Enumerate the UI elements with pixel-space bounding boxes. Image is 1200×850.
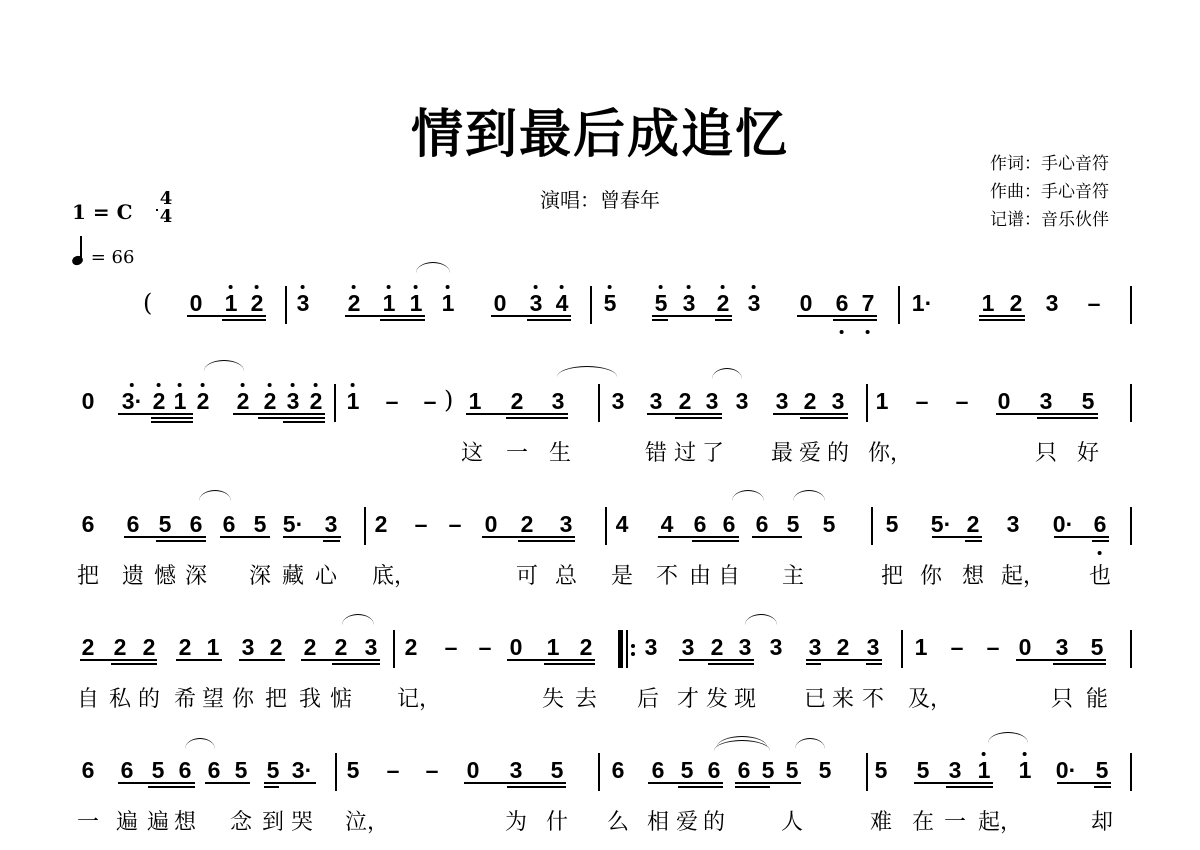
note: 2 xyxy=(153,388,166,414)
lyric-char: 遍 xyxy=(147,805,169,836)
lyric-char: 到 xyxy=(262,805,284,836)
lyric-char: 人 xyxy=(781,805,803,836)
note: 6 xyxy=(723,511,736,537)
note: 4 xyxy=(661,511,674,537)
lyric-char: 好 xyxy=(1077,436,1099,467)
bar-line xyxy=(1130,753,1132,791)
beam-underline xyxy=(806,663,821,665)
note: 2 xyxy=(711,634,724,660)
note: 2 xyxy=(837,634,850,660)
note: 3 xyxy=(683,290,696,316)
note: – xyxy=(387,757,400,783)
note: 3· xyxy=(292,757,312,783)
note: 3 xyxy=(1007,511,1020,537)
bar-line xyxy=(866,384,868,422)
note: 3 xyxy=(242,634,255,660)
quarter-note-icon xyxy=(71,254,84,266)
lyric-char: 可 xyxy=(516,559,538,590)
bar-line xyxy=(605,507,607,545)
note: 2 xyxy=(375,511,388,537)
lyric-char: 把 xyxy=(265,682,287,713)
note: 2 xyxy=(335,634,348,660)
beam-underline xyxy=(151,417,193,419)
note: 5· xyxy=(283,511,303,537)
note: 6 xyxy=(190,511,203,537)
note: 0 xyxy=(467,757,480,783)
note: 2 xyxy=(310,388,323,414)
note: 3· xyxy=(122,388,142,414)
lyric-char: 失 xyxy=(542,682,564,713)
bar-line xyxy=(1130,507,1132,545)
lyric-char: 希 xyxy=(174,682,196,713)
note: – xyxy=(424,388,437,414)
note: 5 xyxy=(551,757,564,783)
beam-underline xyxy=(996,413,1098,415)
note: 3 xyxy=(1040,388,1053,414)
note: 5 xyxy=(917,757,930,783)
octave-dot-above xyxy=(687,285,691,289)
beam-underline xyxy=(283,536,341,538)
note: 1 xyxy=(876,388,889,414)
beam-underline xyxy=(1094,786,1111,788)
beam-underline xyxy=(264,782,316,784)
note: – xyxy=(916,388,929,414)
note: 0 xyxy=(998,388,1011,414)
note: – xyxy=(415,511,428,537)
note: 3 xyxy=(736,388,749,414)
note: 2 xyxy=(304,634,317,660)
beam-underline xyxy=(652,315,732,317)
repeat-dots xyxy=(631,640,635,660)
note: 3 xyxy=(832,388,845,414)
note: 2 xyxy=(1010,290,1023,316)
note: 6 xyxy=(694,511,707,537)
lyric-char: 相 xyxy=(647,805,669,836)
lyric-char: 藏 xyxy=(282,559,304,590)
note: – xyxy=(386,388,399,414)
time-signature: 4 4 xyxy=(156,190,176,226)
lyric-char: 想 xyxy=(174,805,196,836)
octave-dot-above xyxy=(291,383,295,387)
octave-dot-above xyxy=(752,285,756,289)
note: 3 xyxy=(748,290,761,316)
transcriber: 记谱：音乐伙伴 xyxy=(990,206,1109,234)
lyric-char: 底， xyxy=(372,559,416,590)
note: 3 xyxy=(612,388,625,414)
lyric-char: 念 xyxy=(230,805,252,836)
lyric-char: 主 xyxy=(782,559,804,590)
note: 2 xyxy=(143,634,156,660)
note: 3 xyxy=(645,634,658,660)
note: 2 xyxy=(521,511,534,537)
beam-underline xyxy=(220,536,270,538)
beam-underline xyxy=(833,319,877,321)
note: 3 xyxy=(287,388,300,414)
lyric-char: 一 xyxy=(77,805,99,836)
lyric-char: 自 xyxy=(77,682,99,713)
lyric-char: 了 xyxy=(702,436,724,467)
lyric-char: 不 xyxy=(862,682,884,713)
note: 3 xyxy=(297,290,310,316)
beam-underline xyxy=(965,540,982,542)
beam-underline xyxy=(380,319,425,321)
note: 1 xyxy=(225,290,238,316)
beam-underline xyxy=(507,786,566,788)
beam-underline xyxy=(491,315,571,317)
octave-dot-above xyxy=(352,285,356,289)
note: 1 xyxy=(207,634,220,660)
note: 2 xyxy=(82,634,95,660)
beam-underline xyxy=(544,663,595,665)
lyric-char: 把 xyxy=(881,559,903,590)
beam-underline xyxy=(118,782,195,784)
note: 5 xyxy=(604,290,617,316)
lyric-char: 望 xyxy=(202,682,224,713)
beam-underline xyxy=(679,659,754,661)
bar-line xyxy=(598,384,600,422)
note: 0· xyxy=(1053,511,1073,537)
note: 4 xyxy=(616,511,629,537)
note: 1 xyxy=(383,290,396,316)
beam-underline xyxy=(156,540,206,542)
lyric-char: 却 xyxy=(1091,805,1113,836)
lyric-char: 的 xyxy=(703,805,725,836)
note: 3 xyxy=(552,388,565,414)
lyric-char: 惦 xyxy=(330,682,352,713)
beam-underline xyxy=(735,786,770,788)
note: 0 xyxy=(1019,634,1032,660)
bar-line xyxy=(590,286,592,324)
note: 3 xyxy=(776,388,789,414)
bar-line xyxy=(1130,384,1132,422)
credits: 作词：手心音符 作曲：手心音符 记谱：音乐伙伴 xyxy=(990,150,1109,234)
beam-underline xyxy=(735,782,801,784)
note: – xyxy=(1088,290,1101,316)
octave-dot-above xyxy=(659,285,663,289)
octave-dot-above xyxy=(241,383,245,387)
lyric-char: 一 xyxy=(944,805,966,836)
slur-arc xyxy=(988,732,1028,743)
beam-underline xyxy=(715,319,732,321)
note: 3 xyxy=(510,757,523,783)
lyric-char: 去 xyxy=(575,682,597,713)
note: 2 xyxy=(717,290,730,316)
lyric-char: 你 xyxy=(232,682,254,713)
lyric-char: 你， xyxy=(868,436,912,467)
beam-underline xyxy=(678,786,723,788)
note: 5 xyxy=(159,511,172,537)
note: 2 xyxy=(114,634,127,660)
time-signature-bottom: 4 xyxy=(156,208,176,226)
note: 2 xyxy=(679,388,692,414)
lyric-char: 最 xyxy=(771,436,793,467)
note: 1 xyxy=(915,634,928,660)
beam-underline xyxy=(258,417,325,419)
lyricist: 作词：手心音符 xyxy=(990,150,1109,178)
octave-dot-above xyxy=(268,383,272,387)
beam-underline xyxy=(283,421,325,423)
note: 1 xyxy=(174,388,187,414)
lyric-char: 的 xyxy=(827,436,849,467)
beam-underline xyxy=(124,536,206,538)
lyric-char: 爱 xyxy=(799,436,821,467)
note: 6 xyxy=(612,757,625,783)
lyric-char: 遍 xyxy=(116,805,138,836)
bracket: ) xyxy=(444,386,453,414)
octave-dot-above xyxy=(229,285,233,289)
slur-arc xyxy=(732,490,764,501)
note: 3 xyxy=(682,634,695,660)
slur-arc xyxy=(199,490,231,501)
octave-dot-above xyxy=(201,383,205,387)
note: 3 xyxy=(809,634,822,660)
lyric-char: 过 xyxy=(674,436,696,467)
note: 2 xyxy=(405,634,418,660)
note: – xyxy=(987,634,1000,660)
note: – xyxy=(449,511,462,537)
bar-line xyxy=(598,753,600,791)
beam-underline xyxy=(518,540,575,542)
lyric-char: 泣， xyxy=(345,805,389,836)
beam-underline xyxy=(692,540,739,542)
bar-line xyxy=(1130,630,1132,668)
note: 5 xyxy=(1091,634,1104,660)
lyric-char: 难 xyxy=(870,805,892,836)
bar-line xyxy=(898,286,900,324)
beam-underline xyxy=(332,663,380,665)
beam-underline xyxy=(800,417,848,419)
slur-arc xyxy=(557,366,617,377)
note: 5 xyxy=(267,757,280,783)
note: 3 xyxy=(770,634,783,660)
note: 6 xyxy=(127,511,140,537)
beam-underline xyxy=(239,659,285,661)
note: 2 xyxy=(237,388,250,414)
beam-underline xyxy=(946,786,993,788)
bar-line xyxy=(871,507,873,545)
beam-underline xyxy=(797,315,877,317)
note: 5 xyxy=(235,757,248,783)
octave-dot-below xyxy=(1098,551,1102,555)
lyric-char: 起， xyxy=(978,805,1022,836)
note: 6 xyxy=(1094,511,1107,537)
lyric-char: 总 xyxy=(555,559,577,590)
lyric-char: 是 xyxy=(611,559,633,590)
note: 2 xyxy=(264,388,277,414)
lyric-char: 私 xyxy=(109,682,131,713)
lyric-char: 爱 xyxy=(676,805,698,836)
note: 5· xyxy=(931,511,951,537)
note: 2 xyxy=(270,634,283,660)
slur-arc xyxy=(204,360,244,371)
note: 1 xyxy=(469,388,482,414)
note: 6 xyxy=(756,511,769,537)
beam-underline xyxy=(979,319,1025,321)
octave-dot-above xyxy=(1023,752,1027,756)
beam-underline xyxy=(647,413,722,415)
note: 3 xyxy=(867,634,880,660)
beam-underline xyxy=(866,663,882,665)
note: 4 xyxy=(556,290,569,316)
note: 0 xyxy=(82,388,95,414)
beam-underline xyxy=(80,659,157,661)
beam-underline xyxy=(323,540,340,542)
lyric-char: 发 xyxy=(706,682,728,713)
lyric-char: 及， xyxy=(908,682,952,713)
beam-underline xyxy=(932,536,982,538)
lyric-char: 什 xyxy=(546,805,568,836)
octave-dot-above xyxy=(387,285,391,289)
note: 5 xyxy=(152,757,165,783)
note: 5 xyxy=(1096,757,1109,783)
lyric-char: 你 xyxy=(920,559,942,590)
beam-underline xyxy=(111,663,157,665)
note: 0 xyxy=(190,290,203,316)
beam-underline xyxy=(233,413,325,415)
lyric-char: 才 xyxy=(677,682,699,713)
slur-arc xyxy=(745,614,777,625)
lyric-char: 这 xyxy=(461,436,483,467)
beam-underline xyxy=(773,413,848,415)
beam-underline xyxy=(345,315,425,317)
slur-arc xyxy=(342,614,374,625)
lyric-char: 错 xyxy=(645,436,667,467)
note: 6 xyxy=(223,511,236,537)
note: 5 xyxy=(819,757,832,783)
lyric-char: 心 xyxy=(315,559,337,590)
lyric-char: 能 xyxy=(1086,682,1108,713)
note: 1· xyxy=(912,290,932,316)
beam-underline xyxy=(176,659,222,661)
beam-underline xyxy=(752,536,802,538)
lyric-char: 哭 xyxy=(291,805,313,836)
bar-line xyxy=(364,507,366,545)
octave-dot-above xyxy=(534,285,538,289)
note: 6 xyxy=(208,757,221,783)
octave-dot-below xyxy=(840,330,844,334)
note: 1 xyxy=(547,634,560,660)
time-signature-line xyxy=(156,209,158,211)
octave-dot-above xyxy=(982,752,986,756)
note: 1 xyxy=(410,290,423,316)
beam-underline xyxy=(979,315,1025,317)
lyric-char: 来 xyxy=(832,682,854,713)
beam-underline xyxy=(205,782,250,784)
octave-dot-above xyxy=(301,285,305,289)
bar-line xyxy=(334,384,336,422)
note: – xyxy=(951,634,964,660)
lyric-char: 只 xyxy=(1035,436,1057,467)
note: 0 xyxy=(510,634,523,660)
beam-underline xyxy=(506,417,568,419)
slur-arc xyxy=(795,738,825,749)
note: 5 xyxy=(1082,388,1095,414)
note: 3 xyxy=(650,388,663,414)
beam-underline xyxy=(466,413,568,415)
octave-dot-above xyxy=(351,383,355,387)
note: 2 xyxy=(804,388,817,414)
note: – xyxy=(426,757,439,783)
note: 3 xyxy=(560,511,573,537)
note: 2 xyxy=(511,388,524,414)
note: 5 xyxy=(762,757,775,783)
beam-underline xyxy=(658,536,739,538)
beam-underline xyxy=(222,319,266,321)
lyric-char: 一 xyxy=(506,436,528,467)
octave-dot-above xyxy=(560,285,564,289)
lyric-char: 后 xyxy=(637,682,659,713)
note: 6 xyxy=(82,511,95,537)
beam-underline xyxy=(148,786,195,788)
note: 0· xyxy=(1056,757,1076,783)
note: 3 xyxy=(739,634,752,660)
composer: 作曲：手心音符 xyxy=(990,178,1109,206)
note: 2 xyxy=(580,634,593,660)
lyric-char: 为 xyxy=(505,805,527,836)
octave-dot-above xyxy=(314,383,318,387)
note: 3 xyxy=(530,290,543,316)
note: 1 xyxy=(1019,757,1032,783)
bar-line xyxy=(866,753,868,791)
lyric-char: 也 xyxy=(1089,559,1111,590)
beam-underline xyxy=(1092,540,1109,542)
lyric-char: 记， xyxy=(397,682,441,713)
note: 3 xyxy=(1056,634,1069,660)
note: 2 xyxy=(348,290,361,316)
beam-underline xyxy=(1054,536,1109,538)
bar-line xyxy=(1130,286,1132,324)
note: 1 xyxy=(978,757,991,783)
lyric-char: 由 xyxy=(689,559,711,590)
note: 5 xyxy=(254,511,267,537)
key-signature: 1 = C xyxy=(72,200,133,224)
beam-underline xyxy=(118,413,193,415)
lyric-char: 深 xyxy=(249,559,271,590)
beam-underline xyxy=(507,659,595,661)
note: 6 xyxy=(708,757,721,783)
repeat-start-thick-bar xyxy=(618,630,623,668)
beam-underline xyxy=(527,319,571,321)
note: 5 xyxy=(655,290,668,316)
lyric-char: 想 xyxy=(962,559,984,590)
lyric-char: 自 xyxy=(718,559,740,590)
octave-dot-below xyxy=(866,330,870,334)
note: 5 xyxy=(875,757,888,783)
note: 6 xyxy=(738,757,751,783)
note: 5 xyxy=(347,757,360,783)
lyric-char: 起， xyxy=(1001,559,1045,590)
bar-line xyxy=(335,753,337,791)
note: 3 xyxy=(706,388,719,414)
lyric-char: 不 xyxy=(656,559,678,590)
repeat-start-thin-bar xyxy=(626,630,628,668)
beam-underline xyxy=(648,782,723,784)
note: 2 xyxy=(179,634,192,660)
lyric-char: 生 xyxy=(549,436,571,467)
beam-underline xyxy=(1037,417,1098,419)
note: 5 xyxy=(823,511,836,537)
note: 5 xyxy=(787,511,800,537)
note: – xyxy=(956,388,969,414)
bracket: ( xyxy=(143,289,152,317)
beam-underline xyxy=(914,782,993,784)
lyric-char: 把 xyxy=(77,559,99,590)
beam-underline xyxy=(301,659,380,661)
note: 2 xyxy=(967,511,980,537)
beam-underline xyxy=(1016,659,1106,661)
bar-line xyxy=(393,630,395,668)
note: 2 xyxy=(197,388,210,414)
